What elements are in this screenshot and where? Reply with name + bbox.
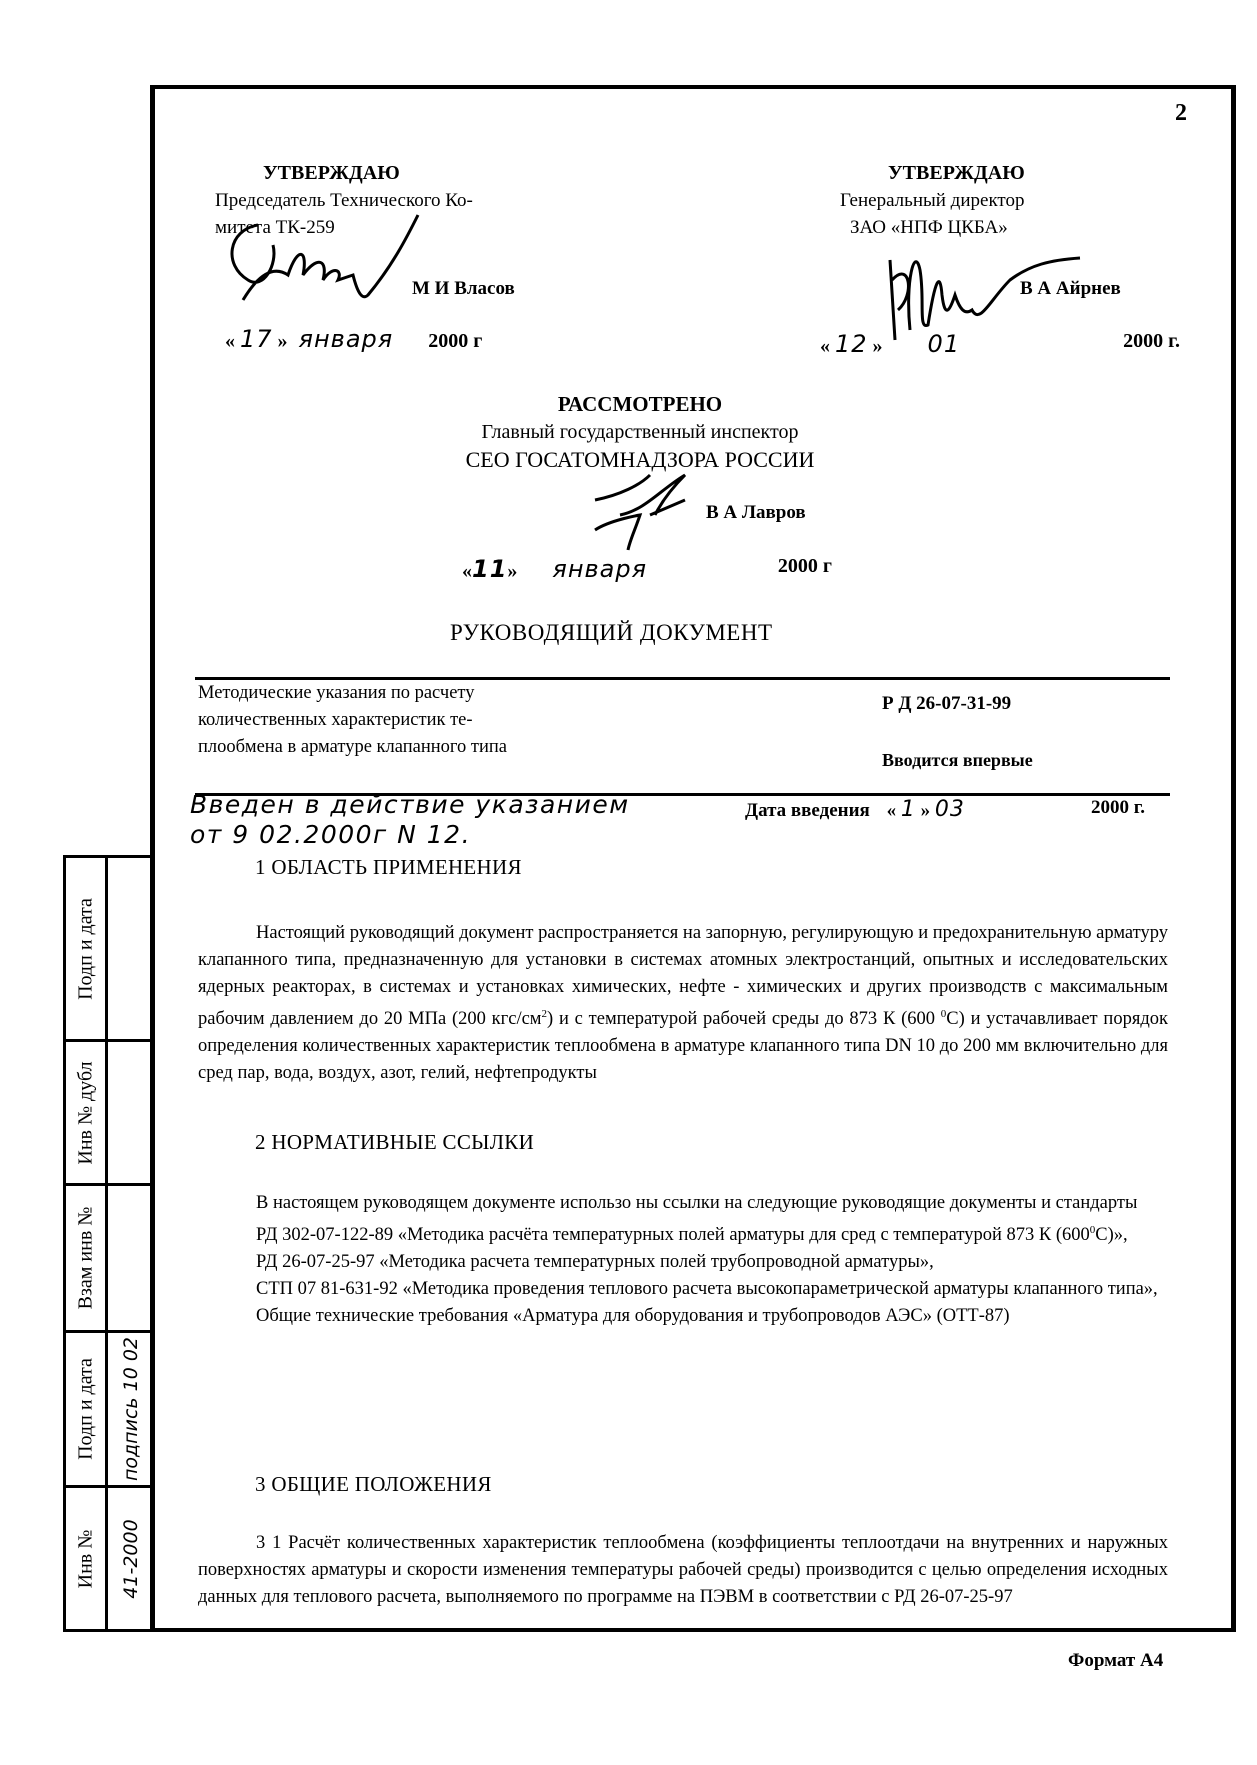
reviewed-name: В А Лавров (706, 502, 806, 524)
introduced-by-handwritten: Введен в действие указанием от 9 02.2000… (190, 790, 630, 850)
stamp-cell: Взам инв № (63, 1183, 153, 1333)
document-description: Методические указания по расчету количес… (198, 680, 618, 761)
reviewed-block: РАССМОТРЕНО Главный государственный инсп… (430, 390, 850, 474)
section-1-paragraph: Настоящий руководящий документ распростр… (198, 920, 1168, 1087)
reviewed-date: «11» января 2000 г (462, 555, 832, 583)
section-3-heading: 3 ОБЩИЕ ПОЛОЖЕНИЯ (255, 1472, 492, 1497)
approval-right: УТВЕРЖДАЮ Генеральный директор ЗАО «НПФ … (840, 160, 1180, 241)
approval-right-position-1: Генеральный директор (840, 187, 1180, 214)
reference-item: Общие технические требования «Арматура д… (198, 1303, 1168, 1330)
approval-right-name: В А Айрнев (1020, 278, 1121, 300)
page-format: Формат А4 (1068, 1650, 1163, 1672)
approval-right-title: УТВЕРЖДАЮ (840, 160, 1180, 187)
date-day-handwritten: 17 (240, 325, 273, 353)
document-status: Вводится впервые (882, 750, 1033, 771)
approval-right-position-2: ЗАО «НПФ ЦКБА» (840, 214, 1180, 241)
section-2-intro: В настоящем руководящем документе исполь… (198, 1190, 1168, 1217)
stamp-cell: Инв № дубл (63, 1039, 153, 1186)
reviewed-position-1: Главный государственный инспектор (430, 418, 850, 446)
approval-left-date: « 17 » января 2000 г (225, 325, 482, 353)
handwritten-inventory-number: 41-2000 (120, 1519, 142, 1598)
document-type: РУКОВОДЯЩИЙ ДОКУМЕНТ (450, 620, 773, 646)
document-code: Р Д 26-07-31-99 (882, 693, 1011, 715)
signature-icon (590, 470, 700, 560)
introduction-date: Дата введения « 1 » 03 2000 г. (745, 797, 1145, 822)
reference-item: РД 26-07-25-97 «Методика расчета темпера… (198, 1249, 1168, 1276)
reference-item: РД 302-07-122-89 «Методика расчёта темпе… (198, 1217, 1168, 1249)
reference-item: СТП 07 81-631-92 «Методика проведения те… (198, 1276, 1168, 1303)
section-2-heading: 2 НОРМАТИВНЫЕ ССЫЛКИ (255, 1130, 534, 1155)
handwritten-signature-date: подпись 10 02 (120, 1337, 142, 1481)
date-month-handwritten: января (299, 325, 394, 353)
reviewed-title: РАССМОТРЕНО (430, 390, 850, 418)
approval-right-date: « 12 » 01 2000 г. (820, 330, 1180, 358)
approval-left-name: М И Власов (412, 278, 515, 300)
stamp-cell: Инв № 41-2000 (63, 1485, 153, 1632)
section-1-heading: 1 ОБЛАСТЬ ПРИМЕНЕНИЯ (255, 855, 522, 880)
section-3-paragraph: 3 1 Расчёт количественных характеристик … (198, 1530, 1168, 1611)
section-2-body: В настоящем руководящем документе исполь… (198, 1190, 1168, 1330)
stamp-cell: Подп и дата подпись 10 02 (63, 1330, 153, 1488)
page-number: 2 (1175, 100, 1187, 127)
approval-left-title: УТВЕРЖДАЮ (215, 160, 595, 187)
stamp-cell: Подп и дата (63, 855, 153, 1042)
